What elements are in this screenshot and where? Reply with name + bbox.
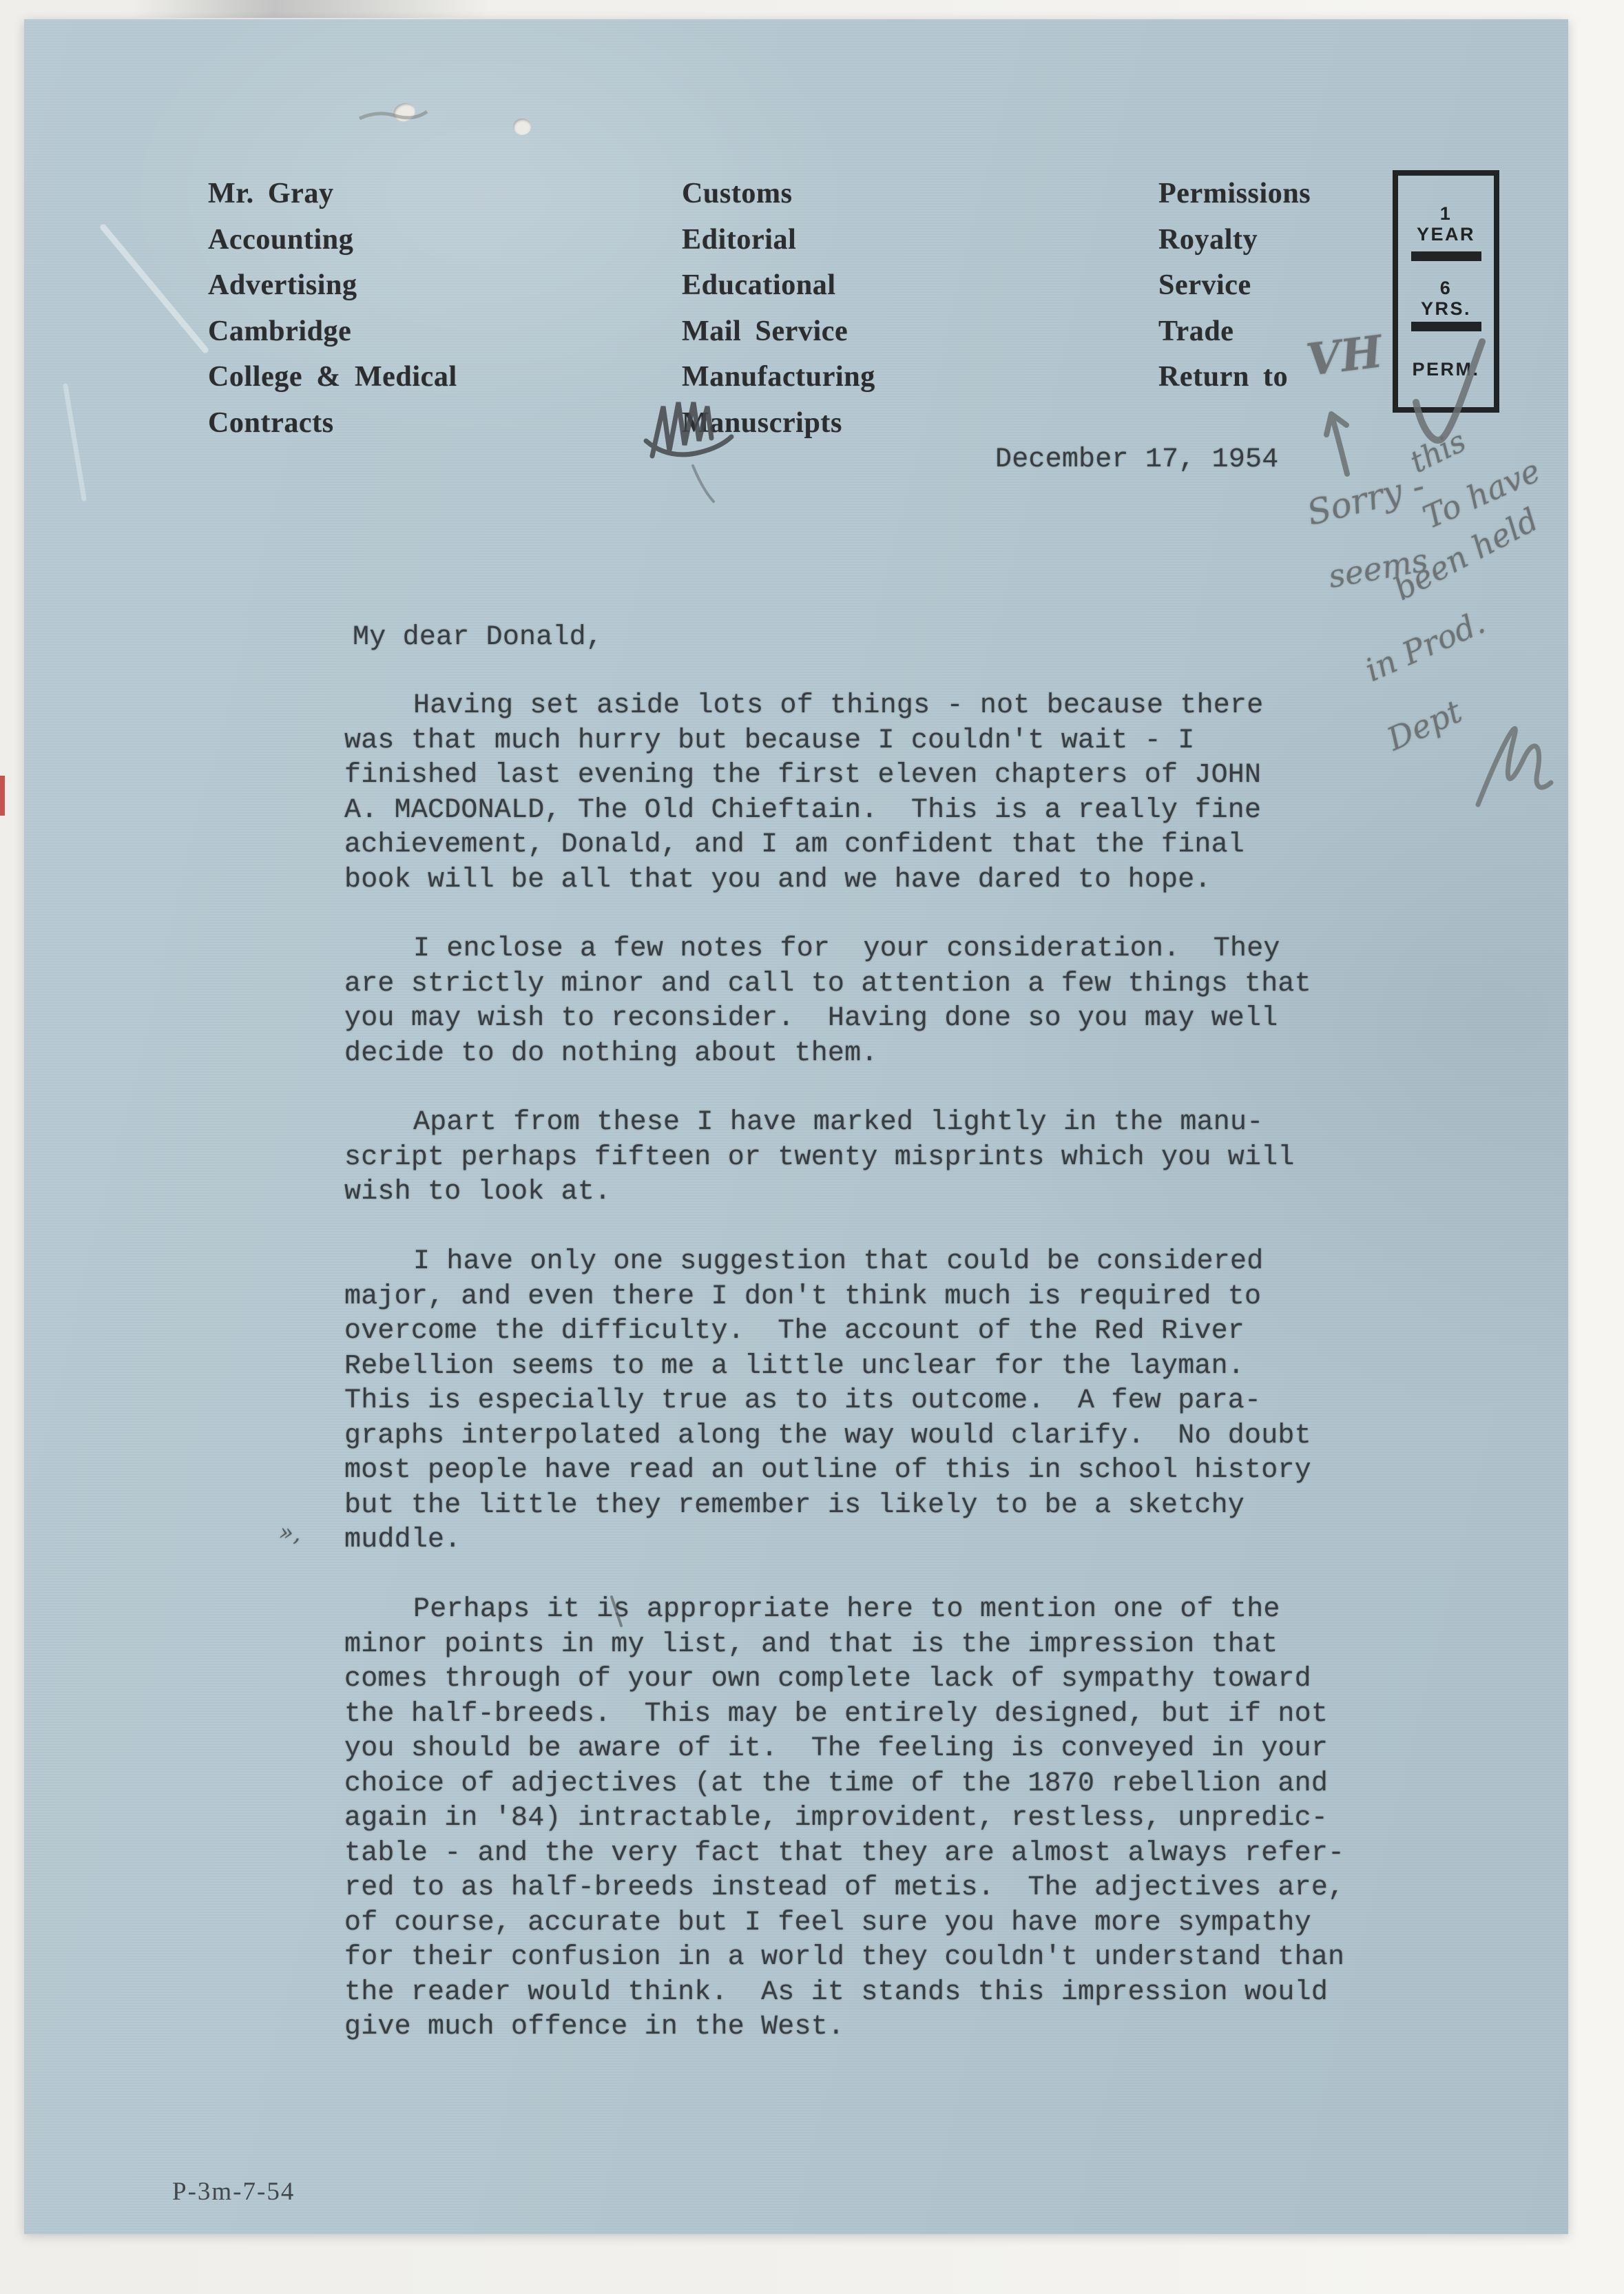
typed-line: are strictly minor and call to attention…: [344, 967, 1311, 1002]
typed-line: major, and even there I don't think much…: [344, 1280, 1311, 1315]
typed-line: finished last evening the first eleven c…: [344, 758, 1263, 794]
routing-label: Cambridge: [208, 309, 457, 355]
typed-line: the half-breeds. This may be entirely de…: [344, 1697, 1344, 1733]
scan-page: Mr. GrayAccountingAdvertisingCambridgeCo…: [0, 0, 1624, 2294]
typed-line: book will be all that you and we have da…: [344, 863, 1263, 898]
paragraph-2: I enclose a few notes for your considera…: [344, 932, 1311, 1071]
routing-label: Editorial: [682, 217, 875, 263]
typed-line: for their confusion in a world they coul…: [344, 1941, 1344, 1976]
typed-line: most people have read an outline of this…: [344, 1454, 1311, 1489]
typed-line: muddle.: [344, 1523, 1311, 1558]
routing-column-1: Mr. GrayAccountingAdvertisingCambridgeCo…: [208, 171, 457, 446]
routing-label: Service: [1158, 262, 1311, 309]
routing-column-2: CustomsEditorialEducationalMail ServiceM…: [682, 171, 875, 446]
margin-pencil-mark: »,: [278, 1518, 302, 1547]
typed-line: you may wish to reconsider. Having done …: [344, 1002, 1311, 1037]
typed-line: again in '84) intractable, improvident, …: [344, 1801, 1344, 1837]
stamp-divider: [1411, 251, 1481, 261]
paragraph-1: Having set aside lots of things - not be…: [344, 689, 1263, 898]
typed-line: wish to look at.: [344, 1175, 1295, 1210]
typed-line: I have only one suggestion that could be…: [344, 1245, 1311, 1280]
typed-line: but the little they remember is likely t…: [344, 1489, 1311, 1524]
routing-label: Educational: [682, 262, 875, 309]
routing-column-3: PermissionsRoyaltyServiceTradeReturn to: [1158, 171, 1311, 400]
routing-label: Accounting: [208, 217, 457, 263]
routing-label: Trade: [1158, 309, 1311, 355]
typed-line: I enclose a few notes for your considera…: [344, 932, 1311, 967]
retention-stamp-box: 1 YEAR 6 YRS. PERM.: [1393, 170, 1499, 413]
return-to-initials: VH: [1304, 326, 1385, 386]
typed-line: Rebellion seems to me a little unclear f…: [344, 1350, 1311, 1385]
typed-line: This is especially true as to its outcom…: [344, 1384, 1311, 1419]
routing-label: Manuscripts: [682, 400, 875, 446]
typed-line: of course, accurate but I feel sure you …: [344, 1906, 1344, 1941]
routing-label: Mr. Gray: [208, 171, 457, 217]
typed-line: the reader would think. As it stands thi…: [344, 1976, 1344, 2011]
routing-label: College & Medical: [208, 354, 457, 400]
typed-line: choice of adjectives (at the time of the…: [344, 1767, 1344, 1802]
salutation: My dear Donald,: [353, 622, 603, 653]
paragraph-3: Apart from these I have marked lightly i…: [344, 1106, 1295, 1210]
typed-line: red to as half-breeds instead of metis. …: [344, 1871, 1344, 1906]
typed-line: was that much hurry but because I couldn…: [344, 724, 1263, 759]
routing-label: Customs: [682, 171, 875, 217]
routing-label: Return to: [1158, 354, 1311, 400]
letter-date: December 17, 1954: [995, 444, 1278, 475]
typed-line: decide to do nothing about them.: [344, 1037, 1311, 1072]
stamp-cell-1-year: 1 YEAR: [1398, 203, 1494, 245]
typed-line: achievement, Donald, and I am confident …: [344, 828, 1263, 863]
typed-line: A. MACDONALD, The Old Chieftain. This is…: [344, 794, 1263, 829]
stamp-divider: [1411, 322, 1481, 331]
routing-label: Permissions: [1158, 171, 1311, 217]
typed-line: table - and the very fact that they are …: [344, 1837, 1344, 1872]
typed-line: Having set aside lots of things - not be…: [344, 689, 1263, 724]
typed-line: graphs interpolated along the way would …: [344, 1419, 1311, 1454]
stamp-cell-6-yrs: 6 YRS.: [1398, 278, 1494, 319]
typed-line: give much offence in the West.: [344, 2010, 1344, 2045]
scan-smudge: [131, 0, 489, 18]
routing-label: Royalty: [1158, 217, 1311, 263]
paragraph-4: I have only one suggestion that could be…: [344, 1245, 1311, 1558]
typed-line: Perhaps it is appropriate here to mentio…: [344, 1593, 1344, 1628]
paragraph-5: Perhaps it is appropriate here to mentio…: [344, 1593, 1344, 2045]
routing-label: Mail Service: [682, 309, 875, 355]
typed-line: minor points in my list, and that is the…: [344, 1628, 1344, 1663]
print-code: P-3m-7-54: [172, 2177, 295, 2207]
red-edge-mark: [0, 776, 5, 816]
typed-line: Apart from these I have marked lightly i…: [344, 1106, 1295, 1141]
routing-label: Advertising: [208, 262, 457, 309]
typed-line: script perhaps fifteen or twenty misprin…: [344, 1141, 1295, 1176]
routing-label: Contracts: [208, 400, 457, 446]
stamp-cell-perm: PERM.: [1398, 359, 1494, 380]
typed-line: you should be aware of it. The feeling i…: [344, 1732, 1344, 1767]
staple-hole: [513, 118, 531, 135]
routing-label: Manufacturing: [682, 354, 875, 400]
typed-line: comes through of your own complete lack …: [344, 1662, 1344, 1697]
typed-line: overcome the difficulty. The account of …: [344, 1314, 1311, 1350]
